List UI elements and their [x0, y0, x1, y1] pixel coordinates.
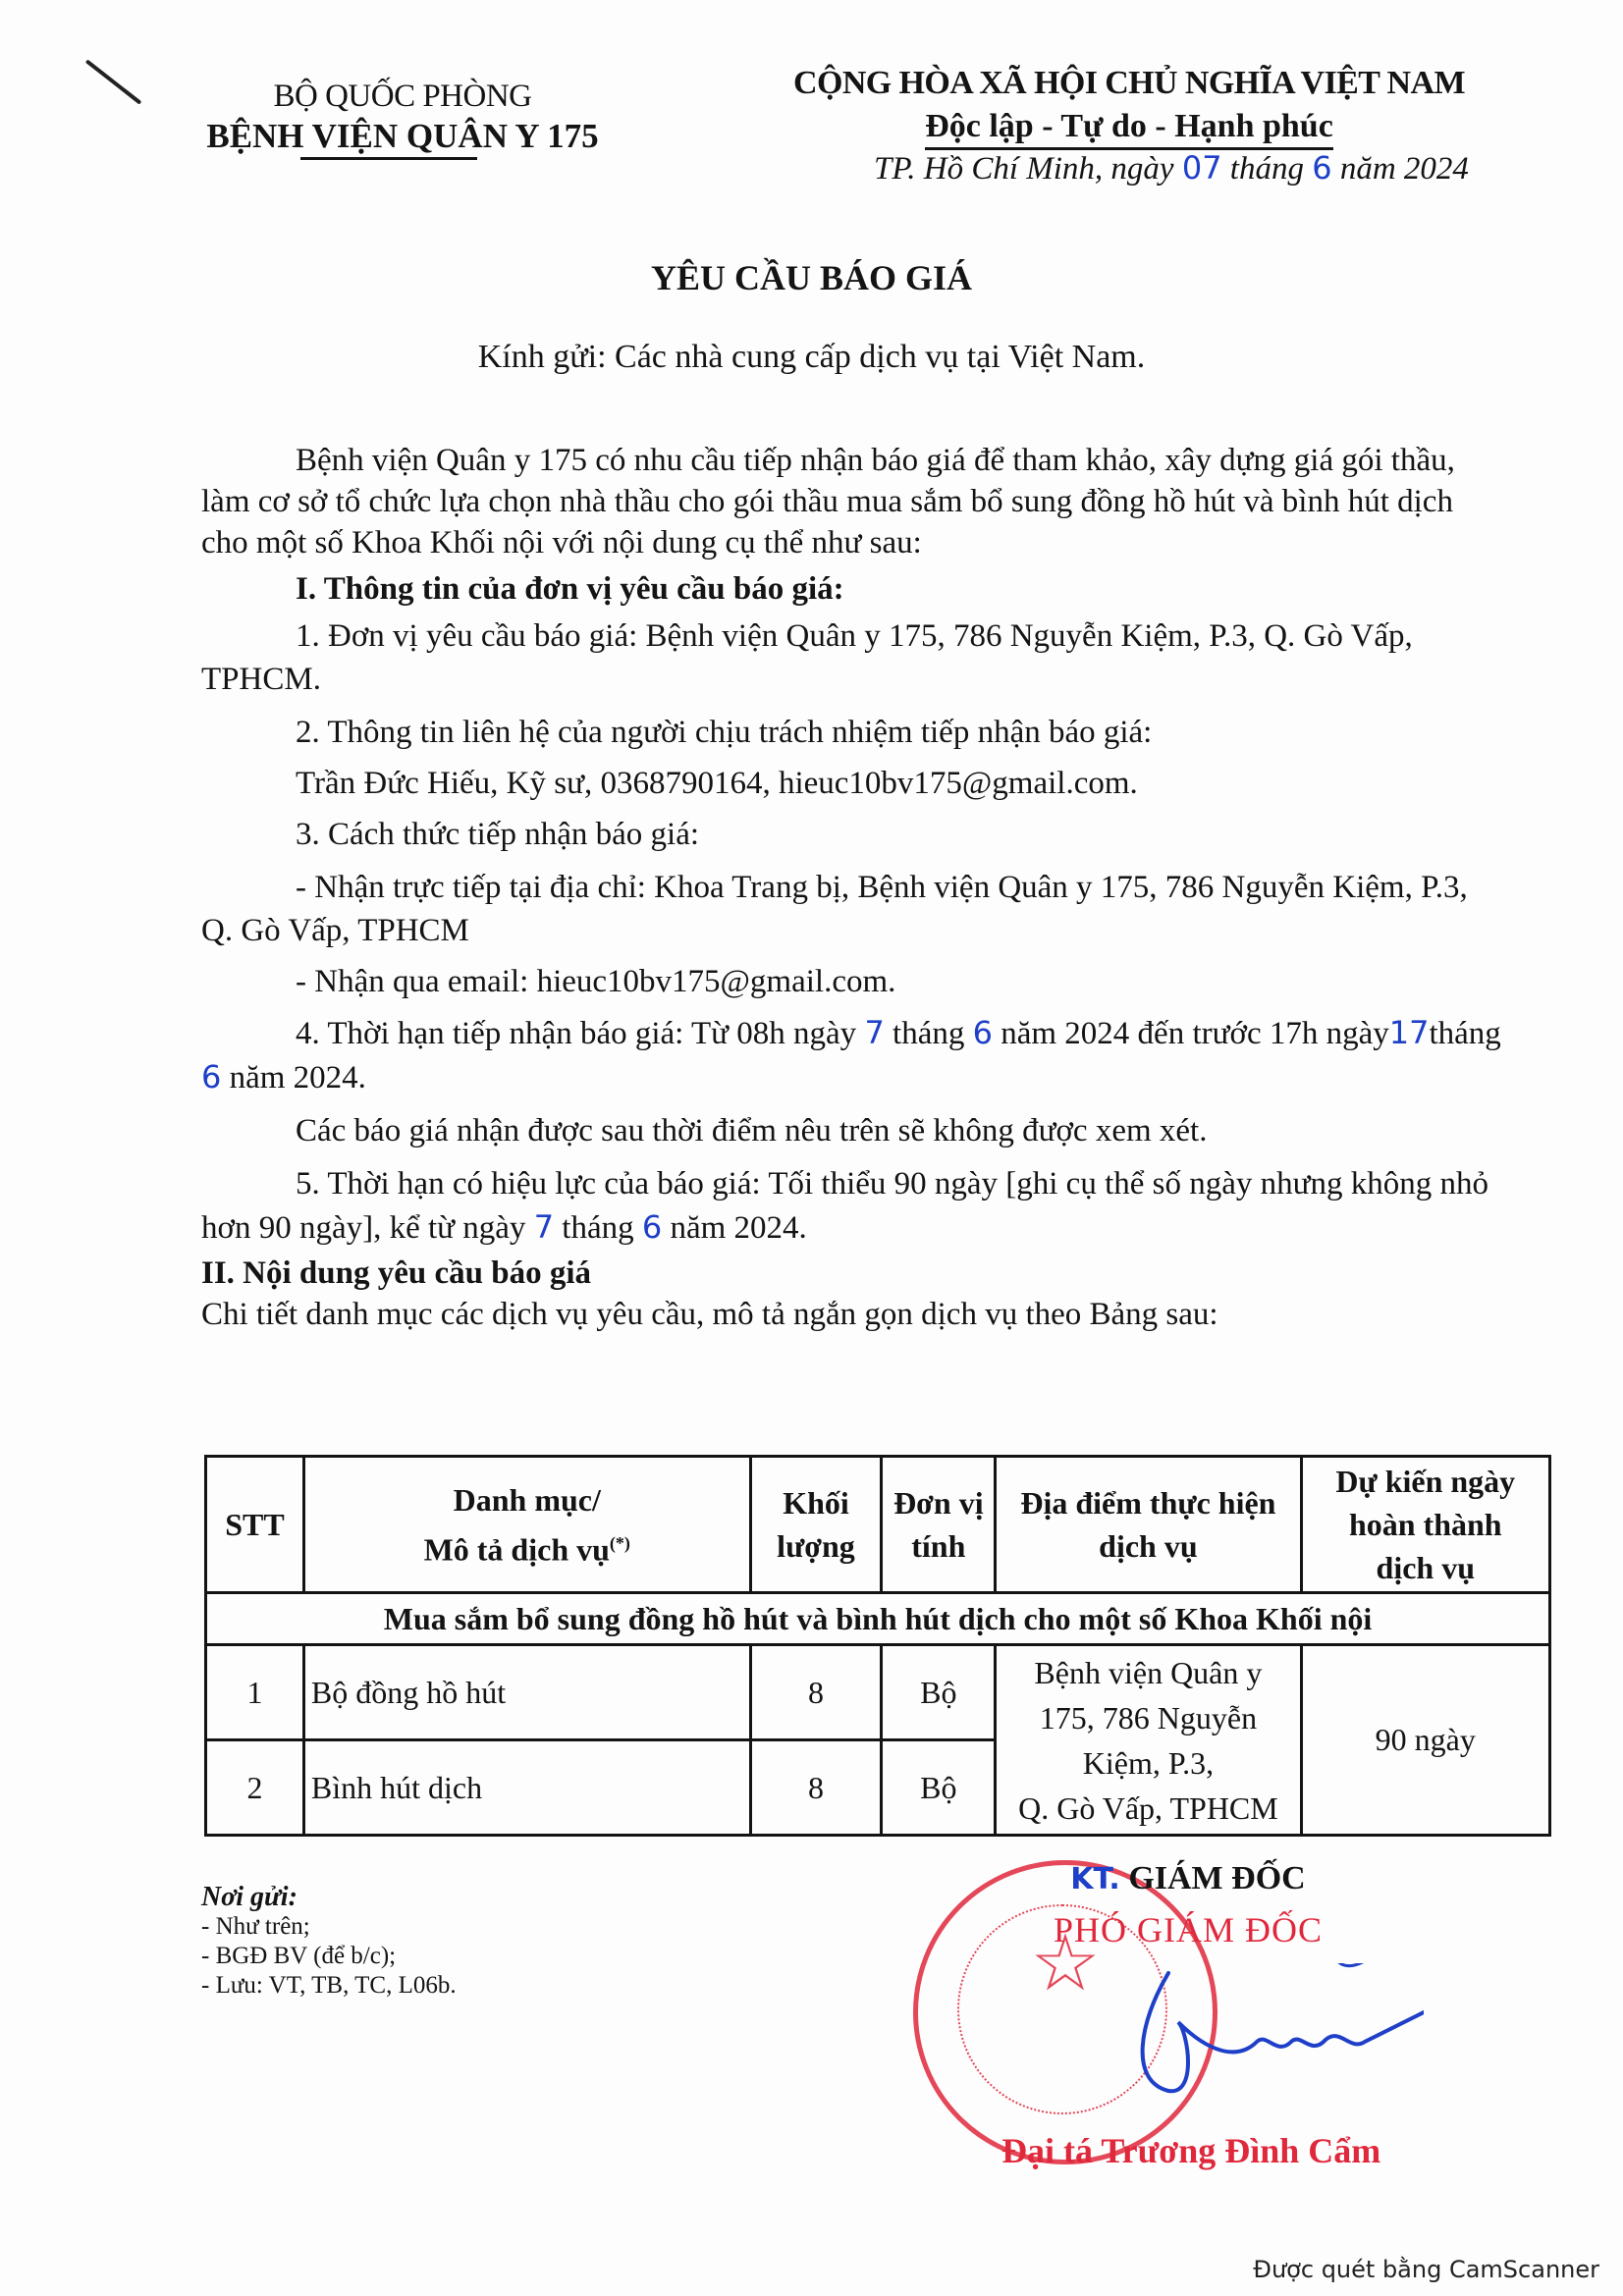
- recipients-heading: Nơi gửi:: [201, 1883, 457, 1912]
- header-location: Địa điểm thực hiện dịch vụ: [996, 1457, 1301, 1593]
- cell-location: Bệnh viện Quân y 175, 786 Nguyễn Kiệm, P…: [996, 1645, 1301, 1836]
- recipient-item: - Như trên;: [201, 1912, 457, 1942]
- header-stt: STT: [206, 1457, 304, 1593]
- cell-name: Bộ đồng hồ hút: [303, 1645, 750, 1740]
- scanner-watermark: Được quét bằng CamScanner: [1253, 2256, 1599, 2283]
- pen-mark: [85, 59, 142, 104]
- intro-paragraph: Bệnh viện Quân y 175 có nhu cầu tiếp nhậ…: [201, 440, 1507, 563]
- national-title: CỘNG HÒA XÃ HỘI CHỦ NGHĨA VIỆT NAM: [776, 65, 1483, 102]
- date-line: TP. Hồ Chí Minh, ngày 07 tháng 6 năm 202…: [874, 149, 1469, 187]
- handwritten-day: 07: [1182, 149, 1222, 187]
- cell-name: Bình hút dịch: [303, 1740, 750, 1836]
- recipients-block: Nơi gửi: - Như trên; - BGĐ BV (để b/c); …: [201, 1883, 457, 2001]
- cell-unit: Bộ: [882, 1740, 996, 1836]
- handwritten-day: 17: [1389, 1014, 1430, 1051]
- signer-name: Đại tá Trương Đình Cẩm: [1001, 2130, 1380, 2171]
- greeting: Kính gửi: Các nhà cung cấp dịch vụ tại V…: [0, 339, 1623, 376]
- document-body: Bệnh viện Quân y 175 có nhu cầu tiếp nhậ…: [201, 440, 1507, 1334]
- section2-subheading: Chi tiết danh mục các dịch vụ yêu cầu, m…: [201, 1295, 1507, 1334]
- header-description: Danh mục/ Mô tả dịch vụ(*): [303, 1457, 750, 1593]
- handwritten-month: 6: [973, 1014, 993, 1051]
- section1-heading: I. Thông tin của đơn vị yêu cầu báo giá:: [201, 569, 1507, 609]
- header-unit: Đơn vị tính: [882, 1457, 996, 1593]
- handwritten-month: 6: [1312, 149, 1331, 187]
- organization-name: BỆNH VIỆN QUÂN Y 175: [206, 117, 598, 156]
- group-title: Mua sắm bổ sung đồng hồ hút và bình hút …: [206, 1593, 1550, 1645]
- section1-item1: 1. Đơn vị yêu cầu báo giá: Bệnh viện Quâ…: [201, 614, 1507, 701]
- national-header: CỘNG HÒA XÃ HỘI CHỦ NGHĨA VIỆT NAM Độc l…: [776, 65, 1483, 150]
- stamp-title: PHÓ GIÁM ĐỐC: [982, 1909, 1394, 1950]
- table-row: 1 Bộ đồng hồ hút 8 Bộ Bệnh viện Quân y 1…: [206, 1645, 1550, 1740]
- receive-email: - Nhận qua email: hieuc10bv175@gmail.com…: [201, 962, 1507, 1001]
- recipient-item: - Lưu: VT, TB, TC, L06b.: [201, 1971, 457, 2001]
- handwritten-month: 6: [642, 1208, 662, 1246]
- organization-underline: [300, 157, 477, 160]
- handwritten-month: 6: [201, 1058, 221, 1095]
- handwritten-kt: KT.: [1070, 1862, 1120, 1896]
- contact-info: Trần Đức Hiếu, Kỹ sư, 0368790164, hieuc1…: [201, 764, 1507, 803]
- cell-completion: 90 ngày: [1301, 1645, 1549, 1836]
- section2-heading: II. Nội dung yêu cầu báo giá: [201, 1254, 1507, 1293]
- section1-item2: 2. Thông tin liên hệ của người chịu trác…: [201, 713, 1507, 752]
- receive-direct: - Nhận trực tiếp tại địa chỉ: Khoa Trang…: [201, 866, 1507, 952]
- motto: Độc lập - Tự do - Hạnh phúc: [925, 108, 1333, 150]
- signature-title: KT. GIÁM ĐỐC PHÓ GIÁM ĐỐC: [982, 1860, 1394, 1950]
- cell-unit: Bộ: [882, 1645, 996, 1740]
- service-table: STT Danh mục/ Mô tả dịch vụ(*) Khối lượn…: [204, 1455, 1551, 1837]
- section1-item5: 5. Thời hạn có hiệu lực của báo giá: Tối…: [201, 1162, 1507, 1250]
- handwritten-day: 7: [864, 1014, 884, 1051]
- cell-stt: 1: [206, 1645, 304, 1740]
- table-header-row: STT Danh mục/ Mô tả dịch vụ(*) Khối lượn…: [206, 1457, 1550, 1593]
- recipient-item: - BGĐ BV (để b/c);: [201, 1942, 457, 1971]
- issuer-header: BỘ QUỐC PHÒNG BỆNH VIỆN QUÂN Y 175: [177, 79, 628, 156]
- cell-stt: 2: [206, 1740, 304, 1836]
- cell-quantity: 8: [750, 1645, 882, 1740]
- header-completion: Dự kiến ngày hoàn thành dịch vụ: [1301, 1457, 1549, 1593]
- section1-item3: 3. Cách thức tiếp nhận báo giá:: [201, 815, 1507, 854]
- ministry-name: BỘ QUỐC PHÒNG: [177, 79, 628, 115]
- document-title: YÊU CẦU BÁO GIÁ: [0, 257, 1623, 298]
- deadline-note: Các báo giá nhận được sau thời điểm nêu …: [201, 1111, 1507, 1150]
- header-quantity: Khối lượng: [750, 1457, 882, 1593]
- table-group-row: Mua sắm bổ sung đồng hồ hút và bình hút …: [206, 1593, 1550, 1645]
- handwritten-signature: [1129, 1963, 1424, 2110]
- cell-quantity: 8: [750, 1740, 882, 1836]
- handwritten-day: 7: [534, 1208, 554, 1246]
- section1-item4: 4. Thời hạn tiếp nhận báo giá: Từ 08h ng…: [201, 1011, 1507, 1099]
